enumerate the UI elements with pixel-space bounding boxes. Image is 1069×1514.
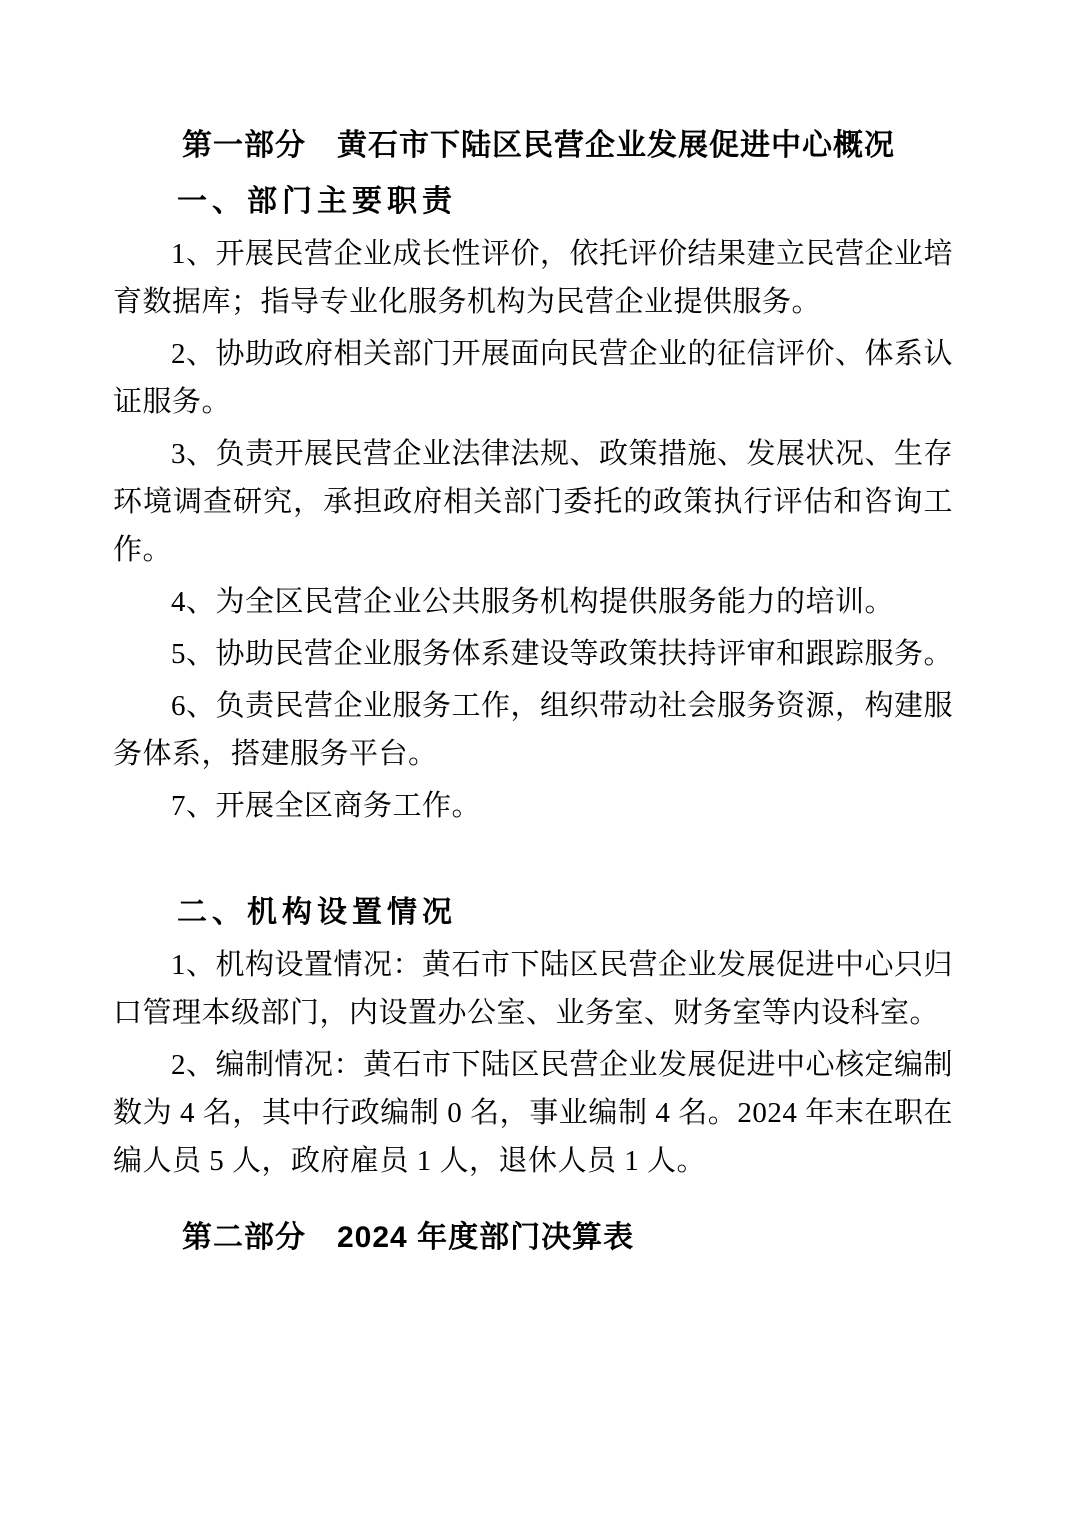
duty-paragraph-5: 5、协助民营企业服务体系建设等政策扶持评审和跟踪服务。	[113, 630, 953, 678]
part2-title: 第二部分 2024 年度部门决算表	[113, 1214, 953, 1262]
duty-paragraph-1: 1、开展民营企业成长性评价，依托评价结果建立民营企业培育数据库；指导专业化服务机…	[113, 230, 953, 326]
section1-heading: 一、部门主要职责	[113, 178, 953, 226]
duty-paragraph-7: 7、开展全区商务工作。	[113, 782, 953, 830]
duty-paragraph-2: 2、协助政府相关部门开展面向民营企业的征信评价、体系认证服务。	[113, 330, 953, 426]
document-page: 第一部分 黄石市下陆区民营企业发展促进中心概况 一、部门主要职责 1、开展民营企…	[0, 0, 1069, 1514]
part1-title: 第一部分 黄石市下陆区民营企业发展促进中心概况	[113, 122, 953, 170]
duty-paragraph-4: 4、为全区民营企业公共服务机构提供服务能力的培训。	[113, 578, 953, 626]
duty-paragraph-3: 3、负责开展民营企业法律法规、政策措施、发展状况、生存环境调查研究，承担政府相关…	[113, 430, 953, 574]
org-setup-paragraph: 1、机构设置情况：黄石市下陆区民营企业发展促进中心只归口管理本级部门，内设置办公…	[113, 941, 953, 1037]
duty-paragraph-6: 6、负责民营企业服务工作，组织带动社会服务资源，构建服务体系，搭建服务平台。	[113, 682, 953, 778]
section2-heading: 二、机构设置情况	[113, 889, 953, 937]
staffing-paragraph: 2、编制情况：黄石市下陆区民营企业发展促进中心核定编制数为 4 名，其中行政编制…	[113, 1041, 953, 1185]
